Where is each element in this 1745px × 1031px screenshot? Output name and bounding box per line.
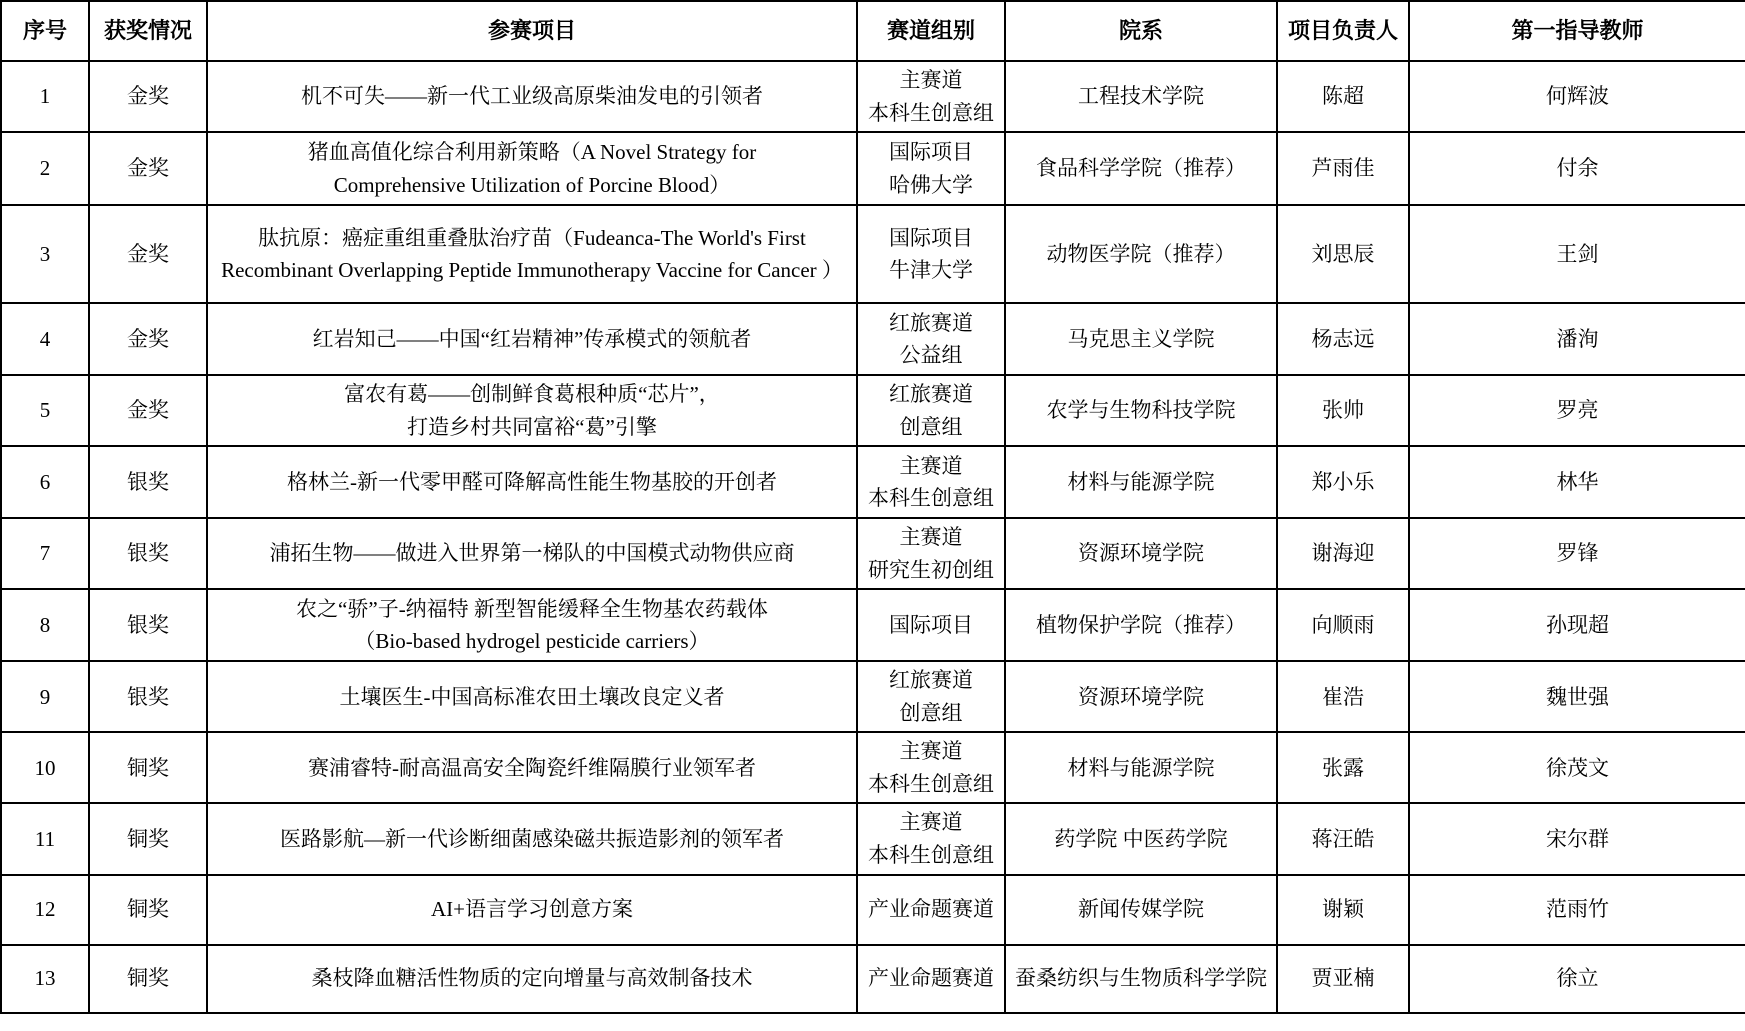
cell-track-line: 产业命题赛道: [862, 893, 1000, 926]
cell-no: 10: [1, 732, 89, 803]
header-award: 获奖情况: [89, 1, 207, 61]
cell-track-line: 产业命题赛道: [862, 962, 1000, 995]
cell-no: 8: [1, 589, 89, 661]
cell-track-line: 本科生创意组: [862, 97, 1000, 130]
cell-department: 蚕桑纺织与生物质科学学院: [1005, 945, 1277, 1013]
cell-project: 格林兰-新一代零甲醛可降解高性能生物基胶的开创者: [207, 446, 857, 518]
cell-project-line: 赛浦睿特-耐高温高安全陶瓷纤维隔膜行业领军者: [212, 752, 852, 785]
cell-track-line: 国际项目: [862, 136, 1000, 169]
cell-award: 银奖: [89, 518, 207, 589]
cell-leader: 杨志远: [1277, 303, 1409, 375]
cell-no: 11: [1, 803, 89, 874]
cell-department: 农学与生物科技学院: [1005, 375, 1277, 446]
table-row: 10铜奖赛浦睿特-耐高温高安全陶瓷纤维隔膜行业领军者主赛道本科生创意组材料与能源…: [1, 732, 1745, 803]
cell-leader: 张露: [1277, 732, 1409, 803]
header-advisor: 第一指导教师: [1409, 1, 1745, 61]
cell-track-line: 牛津大学: [862, 254, 1000, 287]
cell-track-line: 主赛道: [862, 450, 1000, 483]
cell-track: 产业命题赛道: [857, 945, 1005, 1013]
cell-department: 动物医学院（推荐）: [1005, 205, 1277, 303]
cell-award: 铜奖: [89, 803, 207, 874]
cell-advisor: 宋尔群: [1409, 803, 1745, 874]
header-track: 赛道组别: [857, 1, 1005, 61]
cell-department: 材料与能源学院: [1005, 732, 1277, 803]
table-row: 2金奖猪血高值化综合利用新策略（A Novel Strategy forComp…: [1, 132, 1745, 205]
cell-track-line: 主赛道: [862, 521, 1000, 554]
cell-department: 材料与能源学院: [1005, 446, 1277, 518]
cell-track: 主赛道本科生创意组: [857, 446, 1005, 518]
cell-project-line: 土壤医生-中国高标准农田土壤改良定义者: [212, 681, 852, 714]
cell-award: 金奖: [89, 61, 207, 132]
cell-leader: 张帅: [1277, 375, 1409, 446]
cell-leader: 崔浩: [1277, 661, 1409, 732]
cell-project-line: 桑枝降血糖活性物质的定向增量与高效制备技术: [212, 962, 852, 995]
cell-award: 金奖: [89, 303, 207, 375]
table-row: 8银奖农之“骄”子-纳福特 新型智能缓释全生物基农药载体（Bio-based h…: [1, 589, 1745, 661]
cell-track-line: 国际项目: [862, 222, 1000, 255]
cell-project-line: 红岩知己——中国“红岩精神”传承模式的领航者: [212, 323, 852, 356]
cell-project-line: 富农有葛——创制鲜食葛根种质“芯片”，: [212, 378, 852, 411]
cell-track-line: 主赛道: [862, 64, 1000, 97]
cell-track: 红旅赛道公益组: [857, 303, 1005, 375]
cell-leader: 芦雨佳: [1277, 132, 1409, 205]
table-row: 6银奖格林兰-新一代零甲醛可降解高性能生物基胶的开创者主赛道本科生创意组材料与能…: [1, 446, 1745, 518]
cell-project: AI+语言学习创意方案: [207, 875, 857, 945]
cell-project: 红岩知己——中国“红岩精神”传承模式的领航者: [207, 303, 857, 375]
header-no: 序号: [1, 1, 89, 61]
cell-award: 银奖: [89, 661, 207, 732]
cell-project-line: 格林兰-新一代零甲醛可降解高性能生物基胶的开创者: [212, 466, 852, 499]
cell-project-line: 医路影航—新一代诊断细菌感染磁共振造影剂的领军者: [212, 823, 852, 856]
cell-project-line: 农之“骄”子-纳福特 新型智能缓释全生物基农药载体: [212, 593, 852, 626]
table-row: 1金奖机不可失——新一代工业级高原柴油发电的引领者主赛道本科生创意组工程技术学院…: [1, 61, 1745, 132]
awards-table: 序号获奖情况参赛项目赛道组别院系项目负责人第一指导教师 1金奖机不可失——新一代…: [0, 0, 1745, 1014]
cell-department: 药学院 中医药学院: [1005, 803, 1277, 874]
cell-track: 主赛道本科生创意组: [857, 61, 1005, 132]
table-body: 1金奖机不可失——新一代工业级高原柴油发电的引领者主赛道本科生创意组工程技术学院…: [1, 61, 1745, 1013]
cell-project: 浦拓生物——做进入世界第一梯队的中国模式动物供应商: [207, 518, 857, 589]
cell-advisor: 罗锋: [1409, 518, 1745, 589]
cell-track: 国际项目牛津大学: [857, 205, 1005, 303]
cell-track-line: 哈佛大学: [862, 169, 1000, 202]
cell-track-line: 创意组: [862, 411, 1000, 444]
cell-no: 6: [1, 446, 89, 518]
cell-project-line: 机不可失——新一代工业级高原柴油发电的引领者: [212, 80, 852, 113]
cell-award: 铜奖: [89, 875, 207, 945]
cell-advisor: 何辉波: [1409, 61, 1745, 132]
cell-project-line: 肽抗原：癌症重组重叠肽治疗苗（Fudeanca-The World's Firs…: [212, 222, 852, 255]
cell-project-line: （Bio-based hydrogel pesticide carriers）: [212, 625, 852, 658]
cell-project: 赛浦睿特-耐高温高安全陶瓷纤维隔膜行业领军者: [207, 732, 857, 803]
cell-no: 1: [1, 61, 89, 132]
cell-project: 桑枝降血糖活性物质的定向增量与高效制备技术: [207, 945, 857, 1013]
cell-award: 银奖: [89, 446, 207, 518]
cell-advisor: 徐立: [1409, 945, 1745, 1013]
cell-leader: 刘思辰: [1277, 205, 1409, 303]
cell-track: 红旅赛道创意组: [857, 375, 1005, 446]
cell-track-line: 公益组: [862, 339, 1000, 372]
cell-award: 铜奖: [89, 945, 207, 1013]
cell-no: 2: [1, 132, 89, 205]
table-row: 12铜奖AI+语言学习创意方案产业命题赛道新闻传媒学院谢颖范雨竹: [1, 875, 1745, 945]
cell-track-line: 主赛道: [862, 806, 1000, 839]
cell-track: 主赛道本科生创意组: [857, 732, 1005, 803]
cell-project-line: Recombinant Overlapping Peptide Immunoth…: [212, 254, 852, 287]
cell-leader: 谢颖: [1277, 875, 1409, 945]
cell-track: 主赛道本科生创意组: [857, 803, 1005, 874]
cell-project-line: 猪血高值化综合利用新策略（A Novel Strategy for: [212, 136, 852, 169]
cell-award: 金奖: [89, 205, 207, 303]
cell-no: 13: [1, 945, 89, 1013]
cell-department: 资源环境学院: [1005, 518, 1277, 589]
cell-track-line: 主赛道: [862, 735, 1000, 768]
cell-advisor: 潘洵: [1409, 303, 1745, 375]
header-row: 序号获奖情况参赛项目赛道组别院系项目负责人第一指导教师: [1, 1, 1745, 61]
cell-leader: 郑小乐: [1277, 446, 1409, 518]
cell-no: 5: [1, 375, 89, 446]
cell-department: 植物保护学院（推荐）: [1005, 589, 1277, 661]
cell-department: 马克思主义学院: [1005, 303, 1277, 375]
cell-advisor: 王剑: [1409, 205, 1745, 303]
cell-advisor: 林华: [1409, 446, 1745, 518]
cell-project: 猪血高值化综合利用新策略（A Novel Strategy forCompreh…: [207, 132, 857, 205]
cell-project: 土壤医生-中国高标准农田土壤改良定义者: [207, 661, 857, 732]
cell-track: 红旅赛道创意组: [857, 661, 1005, 732]
cell-leader: 陈超: [1277, 61, 1409, 132]
cell-award: 银奖: [89, 589, 207, 661]
cell-project-line: 浦拓生物——做进入世界第一梯队的中国模式动物供应商: [212, 537, 852, 570]
cell-project-line: Comprehensive Utilization of Porcine Blo…: [212, 169, 852, 202]
cell-award: 金奖: [89, 375, 207, 446]
cell-track-line: 红旅赛道: [862, 664, 1000, 697]
cell-advisor: 徐茂文: [1409, 732, 1745, 803]
cell-track: 主赛道研究生初创组: [857, 518, 1005, 589]
cell-award: 金奖: [89, 132, 207, 205]
cell-department: 工程技术学院: [1005, 61, 1277, 132]
cell-project: 机不可失——新一代工业级高原柴油发电的引领者: [207, 61, 857, 132]
table-row: 9银奖土壤医生-中国高标准农田土壤改良定义者红旅赛道创意组资源环境学院崔浩魏世强: [1, 661, 1745, 732]
cell-track-line: 红旅赛道: [862, 378, 1000, 411]
cell-project: 肽抗原：癌症重组重叠肽治疗苗（Fudeanca-The World's Firs…: [207, 205, 857, 303]
cell-advisor: 魏世强: [1409, 661, 1745, 732]
header-project: 参赛项目: [207, 1, 857, 61]
cell-no: 3: [1, 205, 89, 303]
cell-project: 医路影航—新一代诊断细菌感染磁共振造影剂的领军者: [207, 803, 857, 874]
cell-project-line: AI+语言学习创意方案: [212, 893, 852, 926]
cell-department: 资源环境学院: [1005, 661, 1277, 732]
cell-track-line: 红旅赛道: [862, 307, 1000, 340]
cell-track-line: 本科生创意组: [862, 768, 1000, 801]
cell-project: 农之“骄”子-纳福特 新型智能缓释全生物基农药载体（Bio-based hydr…: [207, 589, 857, 661]
cell-track: 国际项目: [857, 589, 1005, 661]
cell-award: 铜奖: [89, 732, 207, 803]
cell-no: 9: [1, 661, 89, 732]
header-department: 院系: [1005, 1, 1277, 61]
cell-track-line: 创意组: [862, 697, 1000, 730]
cell-advisor: 罗亮: [1409, 375, 1745, 446]
cell-advisor: 付余: [1409, 132, 1745, 205]
cell-advisor: 范雨竹: [1409, 875, 1745, 945]
table-row: 4金奖红岩知己——中国“红岩精神”传承模式的领航者红旅赛道公益组马克思主义学院杨…: [1, 303, 1745, 375]
cell-department: 食品科学学院（推荐）: [1005, 132, 1277, 205]
cell-no: 7: [1, 518, 89, 589]
table-row: 3金奖肽抗原：癌症重组重叠肽治疗苗（Fudeanca-The World's F…: [1, 205, 1745, 303]
table-row: 5金奖富农有葛——创制鲜食葛根种质“芯片”，打造乡村共同富裕“葛”引擎红旅赛道创…: [1, 375, 1745, 446]
cell-leader: 贾亚楠: [1277, 945, 1409, 1013]
table-row: 11铜奖医路影航—新一代诊断细菌感染磁共振造影剂的领军者主赛道本科生创意组药学院…: [1, 803, 1745, 874]
cell-advisor: 孙现超: [1409, 589, 1745, 661]
cell-department: 新闻传媒学院: [1005, 875, 1277, 945]
header-leader: 项目负责人: [1277, 1, 1409, 61]
cell-leader: 蒋汪皓: [1277, 803, 1409, 874]
cell-leader: 谢海迎: [1277, 518, 1409, 589]
cell-project: 富农有葛——创制鲜食葛根种质“芯片”，打造乡村共同富裕“葛”引擎: [207, 375, 857, 446]
cell-leader: 向顺雨: [1277, 589, 1409, 661]
cell-project-line: 打造乡村共同富裕“葛”引擎: [212, 411, 852, 444]
cell-track-line: 研究生初创组: [862, 554, 1000, 587]
cell-no: 12: [1, 875, 89, 945]
table-row: 13铜奖桑枝降血糖活性物质的定向增量与高效制备技术产业命题赛道蚕桑纺织与生物质科…: [1, 945, 1745, 1013]
table-row: 7银奖浦拓生物——做进入世界第一梯队的中国模式动物供应商主赛道研究生初创组资源环…: [1, 518, 1745, 589]
cell-track-line: 本科生创意组: [862, 482, 1000, 515]
cell-track: 产业命题赛道: [857, 875, 1005, 945]
cell-no: 4: [1, 303, 89, 375]
cell-track-line: 国际项目: [862, 609, 1000, 642]
cell-track-line: 本科生创意组: [862, 839, 1000, 872]
cell-track: 国际项目哈佛大学: [857, 132, 1005, 205]
